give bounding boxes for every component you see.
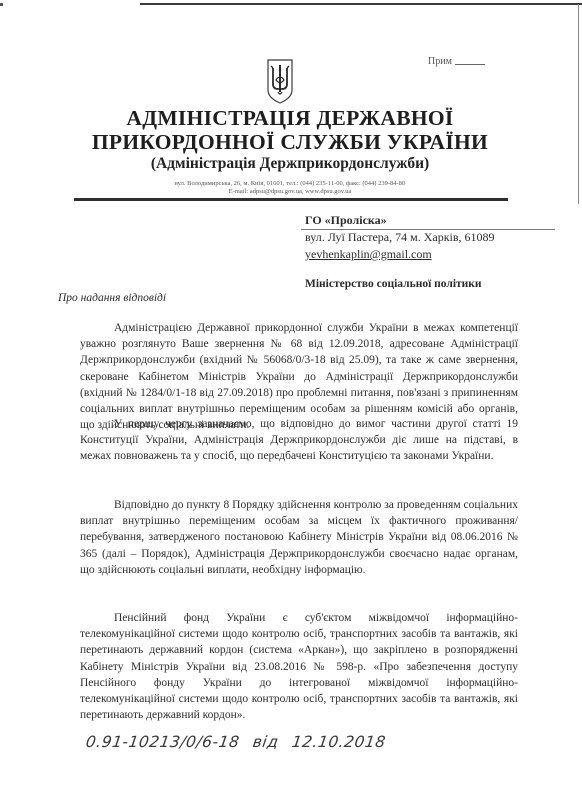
organization-contacts: вул. Володимирська, 26, м. Київ, 01601, … (90, 180, 490, 196)
recipient-email: yevhenkaplin@gmail.com (305, 246, 495, 263)
organization-email-web: E-mail: adpsu@dpsu.gov.ua, www.dpsu.gov.… (90, 188, 490, 196)
copy-mark: Прим (428, 56, 485, 67)
trident-coat-of-arms-icon (266, 58, 294, 104)
registration-number: 0.91-10213/0/6-18 (85, 733, 241, 751)
copy-mark-label: Прим (428, 56, 452, 67)
organization-address: вул. Володимирська, 26, м. Київ, 01601, … (90, 180, 490, 188)
body-paragraph-3: Відповідно до пункту 8 Порядку здійсненн… (80, 497, 518, 578)
recipient-name: ГО «Пролiска» (305, 212, 495, 229)
recipient-block: ГО «Пролiска» вул. Луї Пастера, 74 м. Ха… (305, 212, 495, 263)
recipient-divider (301, 229, 555, 230)
handwritten-registration: 0.91-10213/0/6-18 від 12.10.2018 (85, 733, 387, 751)
scan-edge-line (578, 4, 579, 204)
registration-from-label: від (252, 733, 280, 751)
copy-mark-blank (455, 64, 485, 65)
organization-short-name: (Адміністрація Держприкордонслужби) (90, 155, 490, 173)
letter-subject: Про надання відповіді (58, 292, 166, 304)
header-divider (74, 198, 508, 201)
scan-artifact (0, 3, 3, 6)
recipient-address: вул. Луї Пастера, 74 м. Харків, 61089 (305, 229, 495, 246)
organization-title-line1: АДМІНІСТРАЦІЯ ДЕРЖАВНОЇ (90, 106, 490, 131)
copy-recipient: Міністерство соціальної політики (305, 278, 482, 290)
scan-edge-line (140, 3, 582, 5)
body-paragraph-2: У першу чергу зазначаємо, що відповідно … (80, 416, 518, 465)
registration-date: 12.10.2018 (291, 733, 387, 751)
organization-title-line2: ПРИКОРДОННОЇ СЛУЖБИ УКРАЇНИ (90, 130, 490, 155)
body-paragraph-4: Пенсійний фонд України є суб'єктом міжві… (80, 610, 518, 723)
